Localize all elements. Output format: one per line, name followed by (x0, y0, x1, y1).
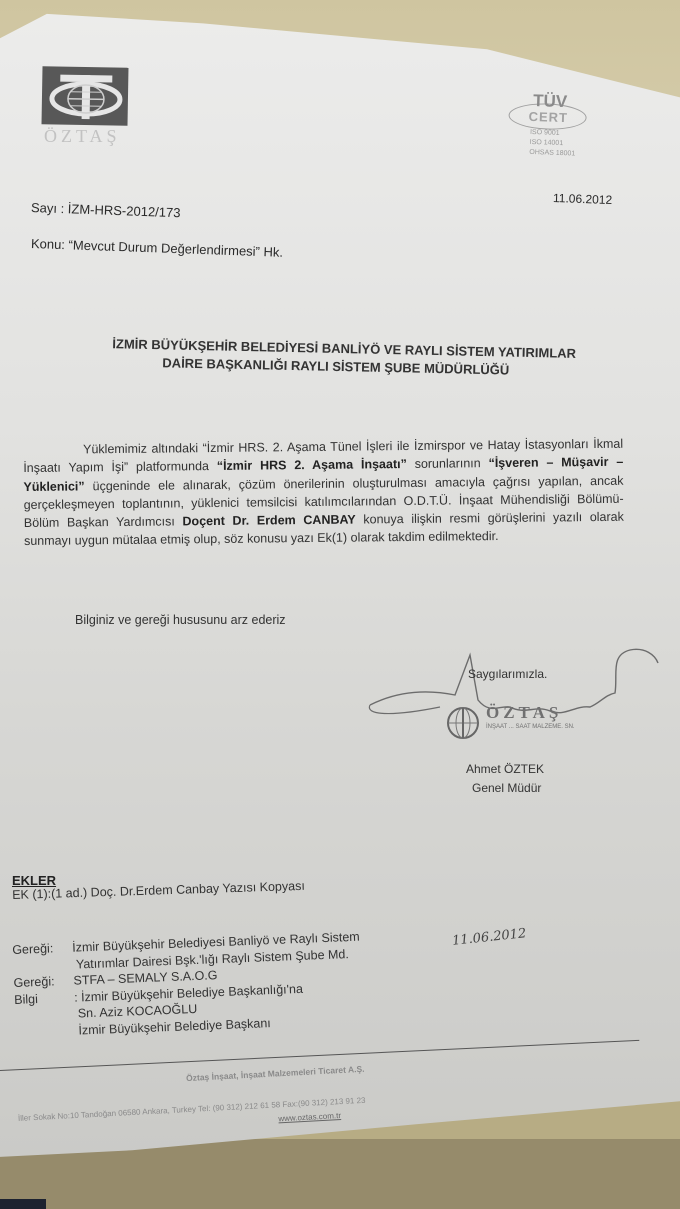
letterhead-footer: Öztaş İnşaat, İnşaat Malzemeleri Ticaret… (16, 1048, 635, 1080)
body-part-2: sorunlarının (407, 456, 489, 471)
signoff: Saygılarımızla. (468, 667, 547, 681)
signer-name: Ahmet ÖZTEK (466, 762, 544, 776)
letter-date: 11.06.2012 (553, 191, 613, 207)
logo-wordmark: ÖZTAŞ (44, 126, 121, 147)
letter: ÖZTAŞ TÜV CERT ISO 9001 ISO 14001 OHSAS … (0, 0, 680, 1209)
closing-line: Bilginiz ve gereği hususunu arz ederiz (75, 613, 286, 627)
recipient-block: İZMİR BÜYÜKŞEHİR BELEDİYESİ BANLİYÖ VE R… (0, 333, 680, 383)
iso-9001: ISO 9001 (530, 129, 590, 138)
tuv-cert-mark: TÜV CERT ISO 9001 ISO 14001 OHSAS 18001 (504, 88, 617, 180)
ohsas-18001: OHSAS 18001 (529, 149, 589, 158)
signer-title: Genel Müdür (472, 781, 541, 795)
distribution-list: Gereği: İzmir Büyükşehir Belediyesi Banl… (12, 923, 515, 1041)
letter-body: Yüklemimiz altındaki “İzmir HRS. 2. Aşam… (23, 435, 624, 551)
stamp-company-name: ÖZTAŞ (486, 703, 562, 723)
sayi-label: Sayı (31, 200, 58, 216)
company-stamp: ÖZTAŞ İNŞAAT ... SAAT MALZEME. SN. (444, 706, 594, 746)
distribution-label: Gereği: (12, 940, 73, 959)
attachments-title: EKLER (12, 873, 56, 888)
reference-number: Sayı : İZM-HRS-2012/173 (31, 200, 181, 220)
distribution-label: Bilgi (14, 989, 75, 1008)
subject: Konu: “Mevcut Durum Değerlendirmesi” Hk. (31, 236, 284, 260)
stamp-subtitle: İNŞAAT ... SAAT MALZEME. SN. (486, 724, 575, 730)
iso-14001: ISO 14001 (530, 139, 590, 148)
oztas-globe-logo-icon (42, 66, 129, 125)
footer-website: www.oztas.com.tr (278, 1111, 341, 1123)
footer-company: Öztaş İnşaat, İnşaat Malzemeleri Ticaret… (186, 1064, 365, 1083)
body-bold-1: “İzmir HRS 2. Aşama İnşaatı” (217, 457, 407, 473)
cert-word: CERT (528, 109, 568, 125)
sayi-value: : İZM-HRS-2012/173 (60, 201, 180, 220)
stamp-globe-icon (446, 706, 480, 740)
konu-label: Konu: (31, 236, 65, 252)
body-bold-3: Doçent Dr. Erdem CANBAY (182, 513, 355, 529)
konu-value: “Mevcut Durum Değerlendirmesi” Hk. (68, 237, 283, 259)
